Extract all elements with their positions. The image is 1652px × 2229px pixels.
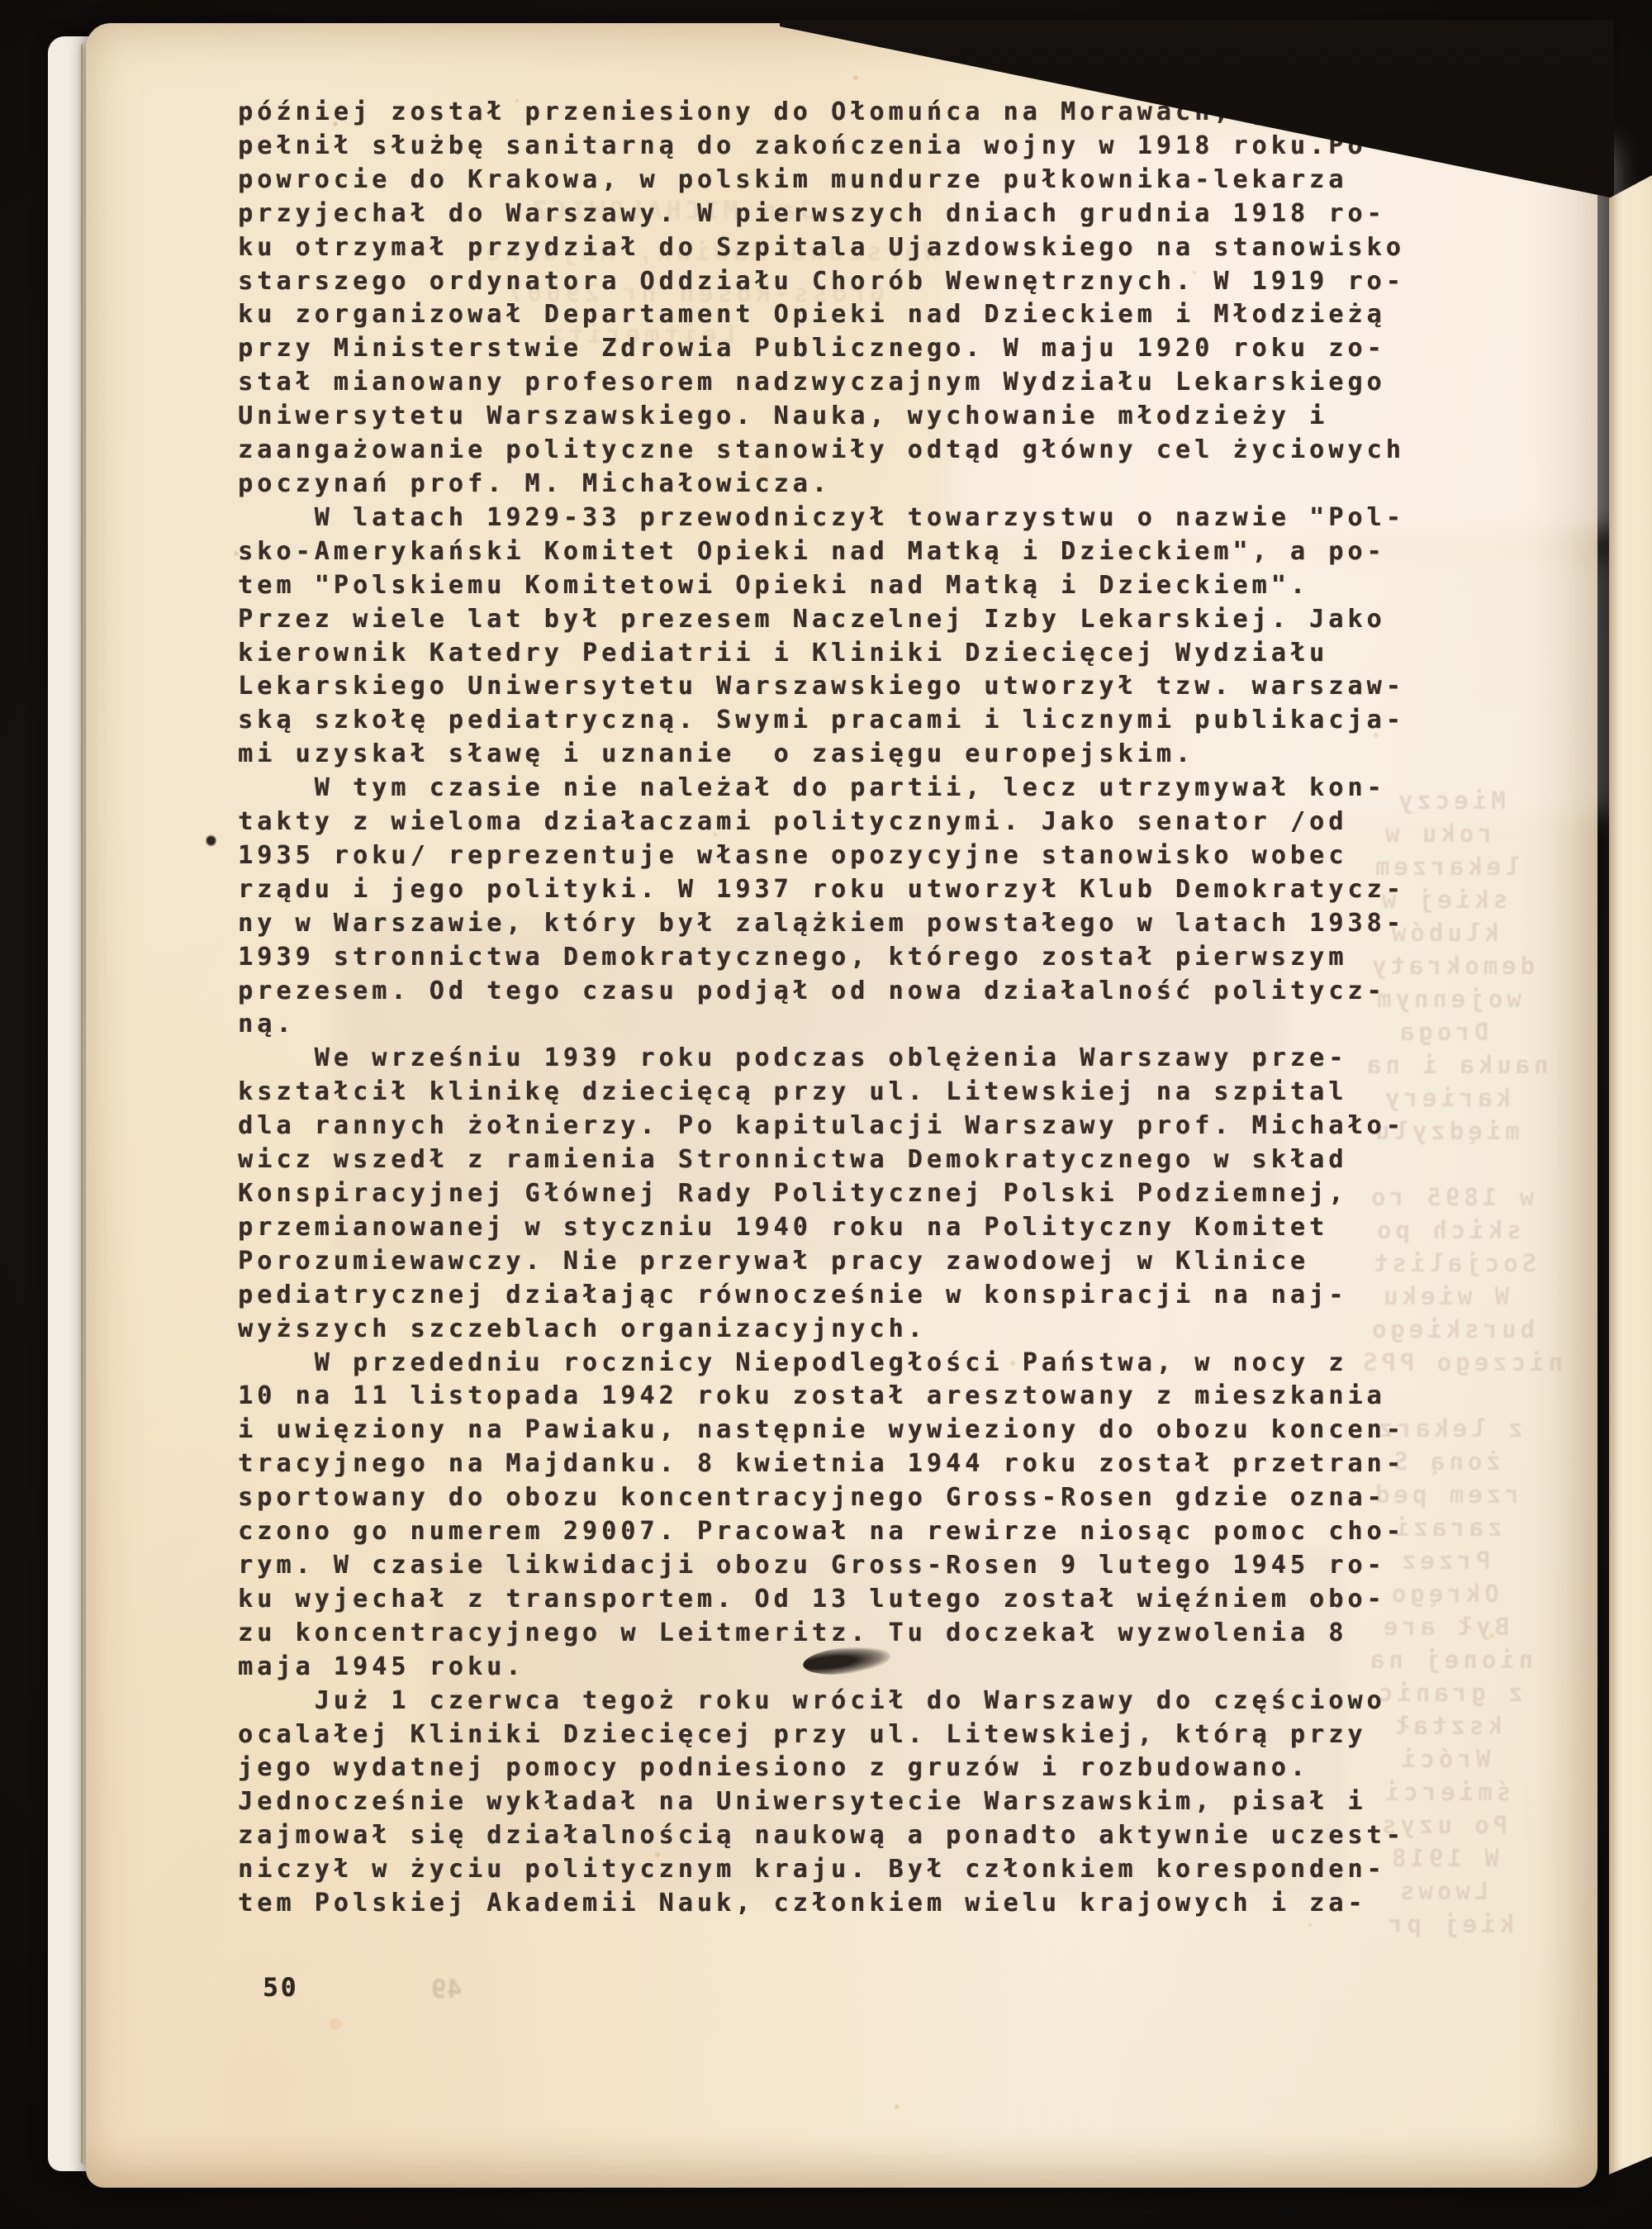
text-line: dla rannych żołnierzy. Po kapitulacji Wa… [238, 1110, 1444, 1143]
text-line: Lekarskiego Uniwersytetu Warszawskiego u… [238, 670, 1444, 704]
text-line: pediatrycznej działając równocześnie w k… [238, 1279, 1444, 1313]
text-line: W latach 1929-33 przewodniczył towarzyst… [238, 501, 1444, 535]
text-line: stał mianowany profesorem nadzwyczajnym … [238, 366, 1444, 400]
text-line: W tym czasie nie należał do partii, lecz… [238, 772, 1444, 806]
text-line: zaangażowanie polityczne stanowiły odtąd… [238, 434, 1444, 468]
text-line: We wrześniu 1939 roku podczas oblężenia … [238, 1042, 1444, 1076]
text-line: powrocie do Krakowa, w polskim mundurze … [238, 164, 1444, 197]
book-scan: { "document": { "page_number": "50", "gh… [0, 0, 1652, 2229]
text-line: czono go numerem 29007. Pracował na rewi… [238, 1515, 1444, 1549]
text-line: rym. W czasie likwidacji obozu Gross-Ros… [238, 1549, 1444, 1583]
text-line: ku wyjechał z transportem. Od 13 lutego … [238, 1583, 1444, 1617]
text-line: zajmował się działalnością naukową a pon… [238, 1819, 1444, 1853]
text-line: ny w Warszawie, który był zalążkiem pows… [238, 907, 1444, 941]
text-line: ku otrzymał przydział do Szpitala Ujazdo… [238, 231, 1444, 265]
text-line: prezesem. Od tego czasu podjął od nowa d… [238, 975, 1444, 1009]
text-line: ku zorganizował Departament Opieki nad D… [238, 298, 1444, 332]
text-line: pełnił służbę sanitarną do zakończenia w… [238, 130, 1444, 164]
text-line: Już 1 czerwca tegoż roku wrócił do Warsz… [238, 1685, 1444, 1718]
text-line: przemianowanej w styczniu 1940 roku na P… [238, 1211, 1444, 1245]
text-line: mi uzyskał sławę i uznanie o zasięgu eur… [238, 738, 1444, 772]
text-line: tem Polskiej Akademii Nauk, członkiem wi… [238, 1887, 1444, 1921]
text-line: ocalałej Kliniki Dziecięcej przy ul. Lit… [238, 1718, 1444, 1752]
text-line: rządu i jego polityki. W 1937 roku utwor… [238, 873, 1444, 907]
text-line: sportowany do obozu koncentracyjnego Gro… [238, 1481, 1444, 1515]
text-line: tracyjnego na Majdanku. 8 kwietnia 1944 … [238, 1447, 1444, 1481]
text-line: kierownik Katedry Pediatrii i Kliniki Dz… [238, 637, 1444, 671]
text-line: wicz wszedł z ramienia Stronnictwa Demok… [238, 1143, 1444, 1177]
text-line: 1939 stronnictwa Demokratycznego, któreg… [238, 941, 1444, 975]
text-line: Jednocześnie wykładał na Uniwersytecie W… [238, 1785, 1444, 1819]
text-line: tem "Polskiemu Komitetowi Opieki nad Mat… [238, 569, 1444, 603]
text-line: wyższych szczeblach organizacyjnych. [238, 1313, 1444, 1347]
text-line: W przededniu rocznicy Niepodległości Pań… [238, 1347, 1444, 1381]
text-line: poczynań prof. M. Michałowicza. [238, 468, 1444, 501]
text-line: Konspiracyjnej Głównej Rady Politycznej … [238, 1177, 1444, 1211]
text-line: przy Ministerstwie Zdrowia Publicznego. … [238, 332, 1444, 366]
text-line: Przez wiele lat był prezesem Naczelnej I… [238, 603, 1444, 637]
text-line: przyjechał do Warszawy. W pierwszych dni… [238, 197, 1444, 231]
text-line: jego wydatnej pomocy podniesiono z gruzó… [238, 1751, 1444, 1785]
text-line: starszego ordynatora Oddziału Chorób Wew… [238, 265, 1444, 299]
text-line: Porozumiewawczy. Nie przerywał pracy zaw… [238, 1245, 1444, 1279]
page-number: 50 [263, 1973, 298, 2003]
text-line: i uwięziony na Pawiaku, następnie wywiez… [238, 1414, 1444, 1447]
ghost-page-number: 49 [431, 1975, 462, 2004]
ink-dot [206, 834, 216, 847]
text-line: niczył w życiu politycznym kraju. Był cz… [238, 1853, 1444, 1887]
text-line: 10 na 11 listopada 1942 roku został ares… [238, 1380, 1444, 1414]
text-line: kształcił klinikę dziecięcą przy ul. Lit… [238, 1076, 1444, 1110]
text-line: Uniwersytetu Warszawskiego. Nauka, wycho… [238, 400, 1444, 434]
text-line: ską szkołę pediatryczną. Swymi pracami i… [238, 704, 1444, 738]
facing-page-edge [1609, 175, 1652, 2174]
text-line: ną. [238, 1008, 1444, 1042]
text-line: 1935 roku/ reprezentuje własne opozycyjn… [238, 839, 1444, 873]
text-line: zu koncentracyjnego w Leitmeritz. Tu doc… [238, 1617, 1444, 1651]
paper-specks [86, 23, 89, 26]
text-line: sko-Amerykański Komitet Opieki nad Matką… [238, 535, 1444, 569]
text-line: takty z wieloma działaczami politycznymi… [238, 806, 1444, 839]
